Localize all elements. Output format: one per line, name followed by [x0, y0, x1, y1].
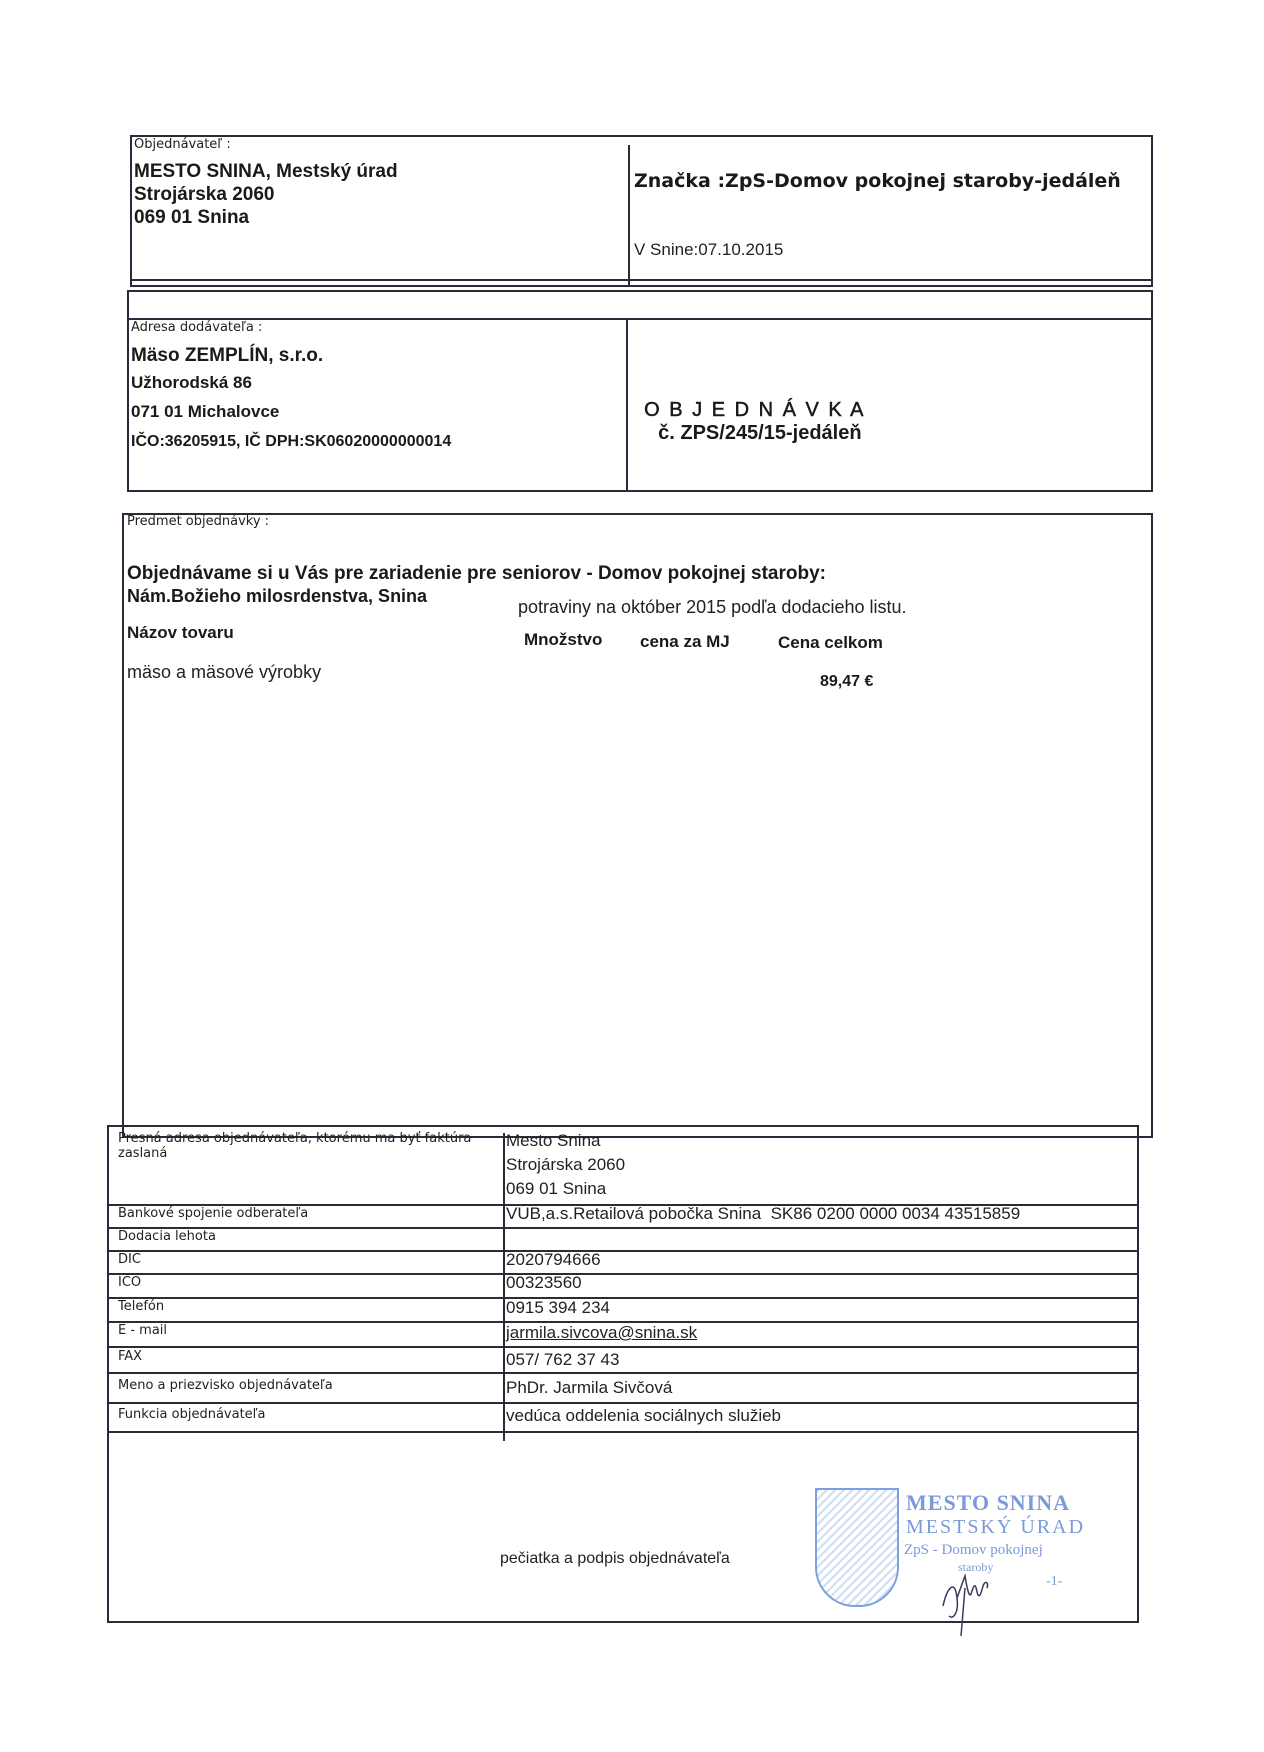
supplier-top-line: [127, 318, 1153, 320]
place-date: V Snine:07.10.2015: [634, 240, 783, 260]
orderer-box: [130, 135, 1153, 287]
stamp-line2: MESTSKÝ ÚRAD: [906, 1516, 1085, 1539]
row-label-email: E - mail: [118, 1323, 167, 1338]
supplier-divider: [626, 318, 628, 492]
subject-label: Predmet objednávky :: [127, 514, 269, 529]
row-label-invoice-address: Presná adresa objednávateľa, ktorému ma …: [118, 1131, 498, 1161]
row-label-ico: IČO: [118, 1275, 141, 1290]
supplier-street: Užhorodská 86: [131, 371, 252, 394]
row-value-invoice-address-2: Strojárska 2060: [506, 1155, 625, 1175]
orderer-bottom-line: [130, 279, 1153, 281]
item-name: mäso a mäsové výrobky: [127, 662, 321, 683]
item-total: 89,47 €: [820, 673, 873, 691]
row-value-person-name: PhDr. Jarmila Sivčová: [506, 1378, 672, 1398]
subject-line1: Objednávame si u Vás pre zariadenie pre …: [127, 563, 826, 585]
row-value-bank: VÚB,a.s.Retailová pobočka Snina SK86 020…: [506, 1204, 1020, 1224]
row-value-function: vedúca oddelenia sociálnych služieb: [506, 1406, 781, 1426]
order-title-text: O B J E D N Á V K A: [644, 399, 865, 421]
details-divider: [503, 1133, 505, 1441]
signature-caption: pečiatka a podpis objednávateľa: [500, 1550, 730, 1568]
row-value-email[interactable]: jarmila.sivcova@snina.sk: [506, 1323, 697, 1343]
row-line: [107, 1431, 1139, 1433]
row-label-person-name: Meno a priezvisko objednávateľa: [118, 1378, 333, 1393]
row-value-ico: 00323560: [506, 1273, 582, 1293]
signature-scribble-icon: [935, 1558, 1015, 1638]
stamp-emblem-icon: [815, 1488, 899, 1607]
supplier-ids: IČO:36205915, IČ DPH:SK06020000000014: [131, 430, 451, 453]
row-value-dic: 2020794666: [506, 1250, 601, 1270]
row-line: [107, 1297, 1139, 1299]
row-line: [107, 1402, 1139, 1404]
row-label-delivery: Dodacia lehota: [118, 1229, 216, 1244]
col-header-unit-price: cena za MJ: [640, 632, 730, 652]
mark-text: Značka :ZpS-Domov pokojnej staroby-jedál…: [634, 170, 1121, 192]
row-value-fax: 057/ 762 37 43: [506, 1350, 619, 1370]
stamp-line3: ZpS - Domov pokojnej: [904, 1542, 1043, 1559]
row-label-dic: DIČ: [118, 1252, 141, 1267]
row-value-phone: 0915 394 234: [506, 1298, 610, 1318]
supplier-city: 071 01 Michalovce: [131, 400, 279, 423]
col-header-name: Názov tovaru: [127, 623, 234, 643]
subject-line2-right: potraviny na október 2015 podľa dodacieh…: [518, 597, 907, 618]
supplier-name: Mäso ZEMPLÍN, s.r.o.: [131, 344, 323, 367]
page-mark: -1-: [1046, 1574, 1062, 1590]
col-header-qty: Množstvo: [524, 630, 602, 650]
row-label-bank: Bankové spojenie odberateľa: [118, 1206, 308, 1221]
order-title: O B J E D N Á V K A č. ZPS/245/15-jedále…: [633, 376, 866, 445]
row-line: [107, 1227, 1139, 1229]
row-label-fax: FAX: [118, 1349, 142, 1364]
row-line: [107, 1250, 1139, 1252]
row-line: [107, 1346, 1139, 1348]
row-label-text: Presná adresa objednávateľa, ktorému ma …: [118, 1131, 471, 1161]
orderer-divider: [628, 145, 630, 287]
order-number: č. ZPS/245/15-jedáleň: [658, 422, 861, 444]
row-value-invoice-address-3: 069 01 Snina: [506, 1179, 606, 1199]
row-label-phone: Telefón: [118, 1299, 164, 1314]
row-value-invoice-address-1: Mesto Snina: [506, 1131, 601, 1151]
subject-line2-left: Nám.Božieho milosrdenstva, Snina: [127, 586, 427, 607]
orderer-label: Objednávateľ :: [134, 137, 231, 152]
orderer-name: MESTO SNINA, Mestský úrad: [134, 160, 398, 183]
col-header-total: Cena celkom: [778, 633, 883, 653]
supplier-label: Adresa dodávateľa :: [131, 320, 262, 335]
row-label-function: Funkcia objednávateľa: [118, 1407, 266, 1422]
row-line: [107, 1372, 1139, 1374]
orderer-street: Strojárska 2060: [134, 183, 275, 206]
orderer-city: 069 01 Snina: [134, 206, 249, 229]
row-line: [107, 1273, 1139, 1275]
stamp-line1: MESTO SNINA: [906, 1490, 1070, 1516]
